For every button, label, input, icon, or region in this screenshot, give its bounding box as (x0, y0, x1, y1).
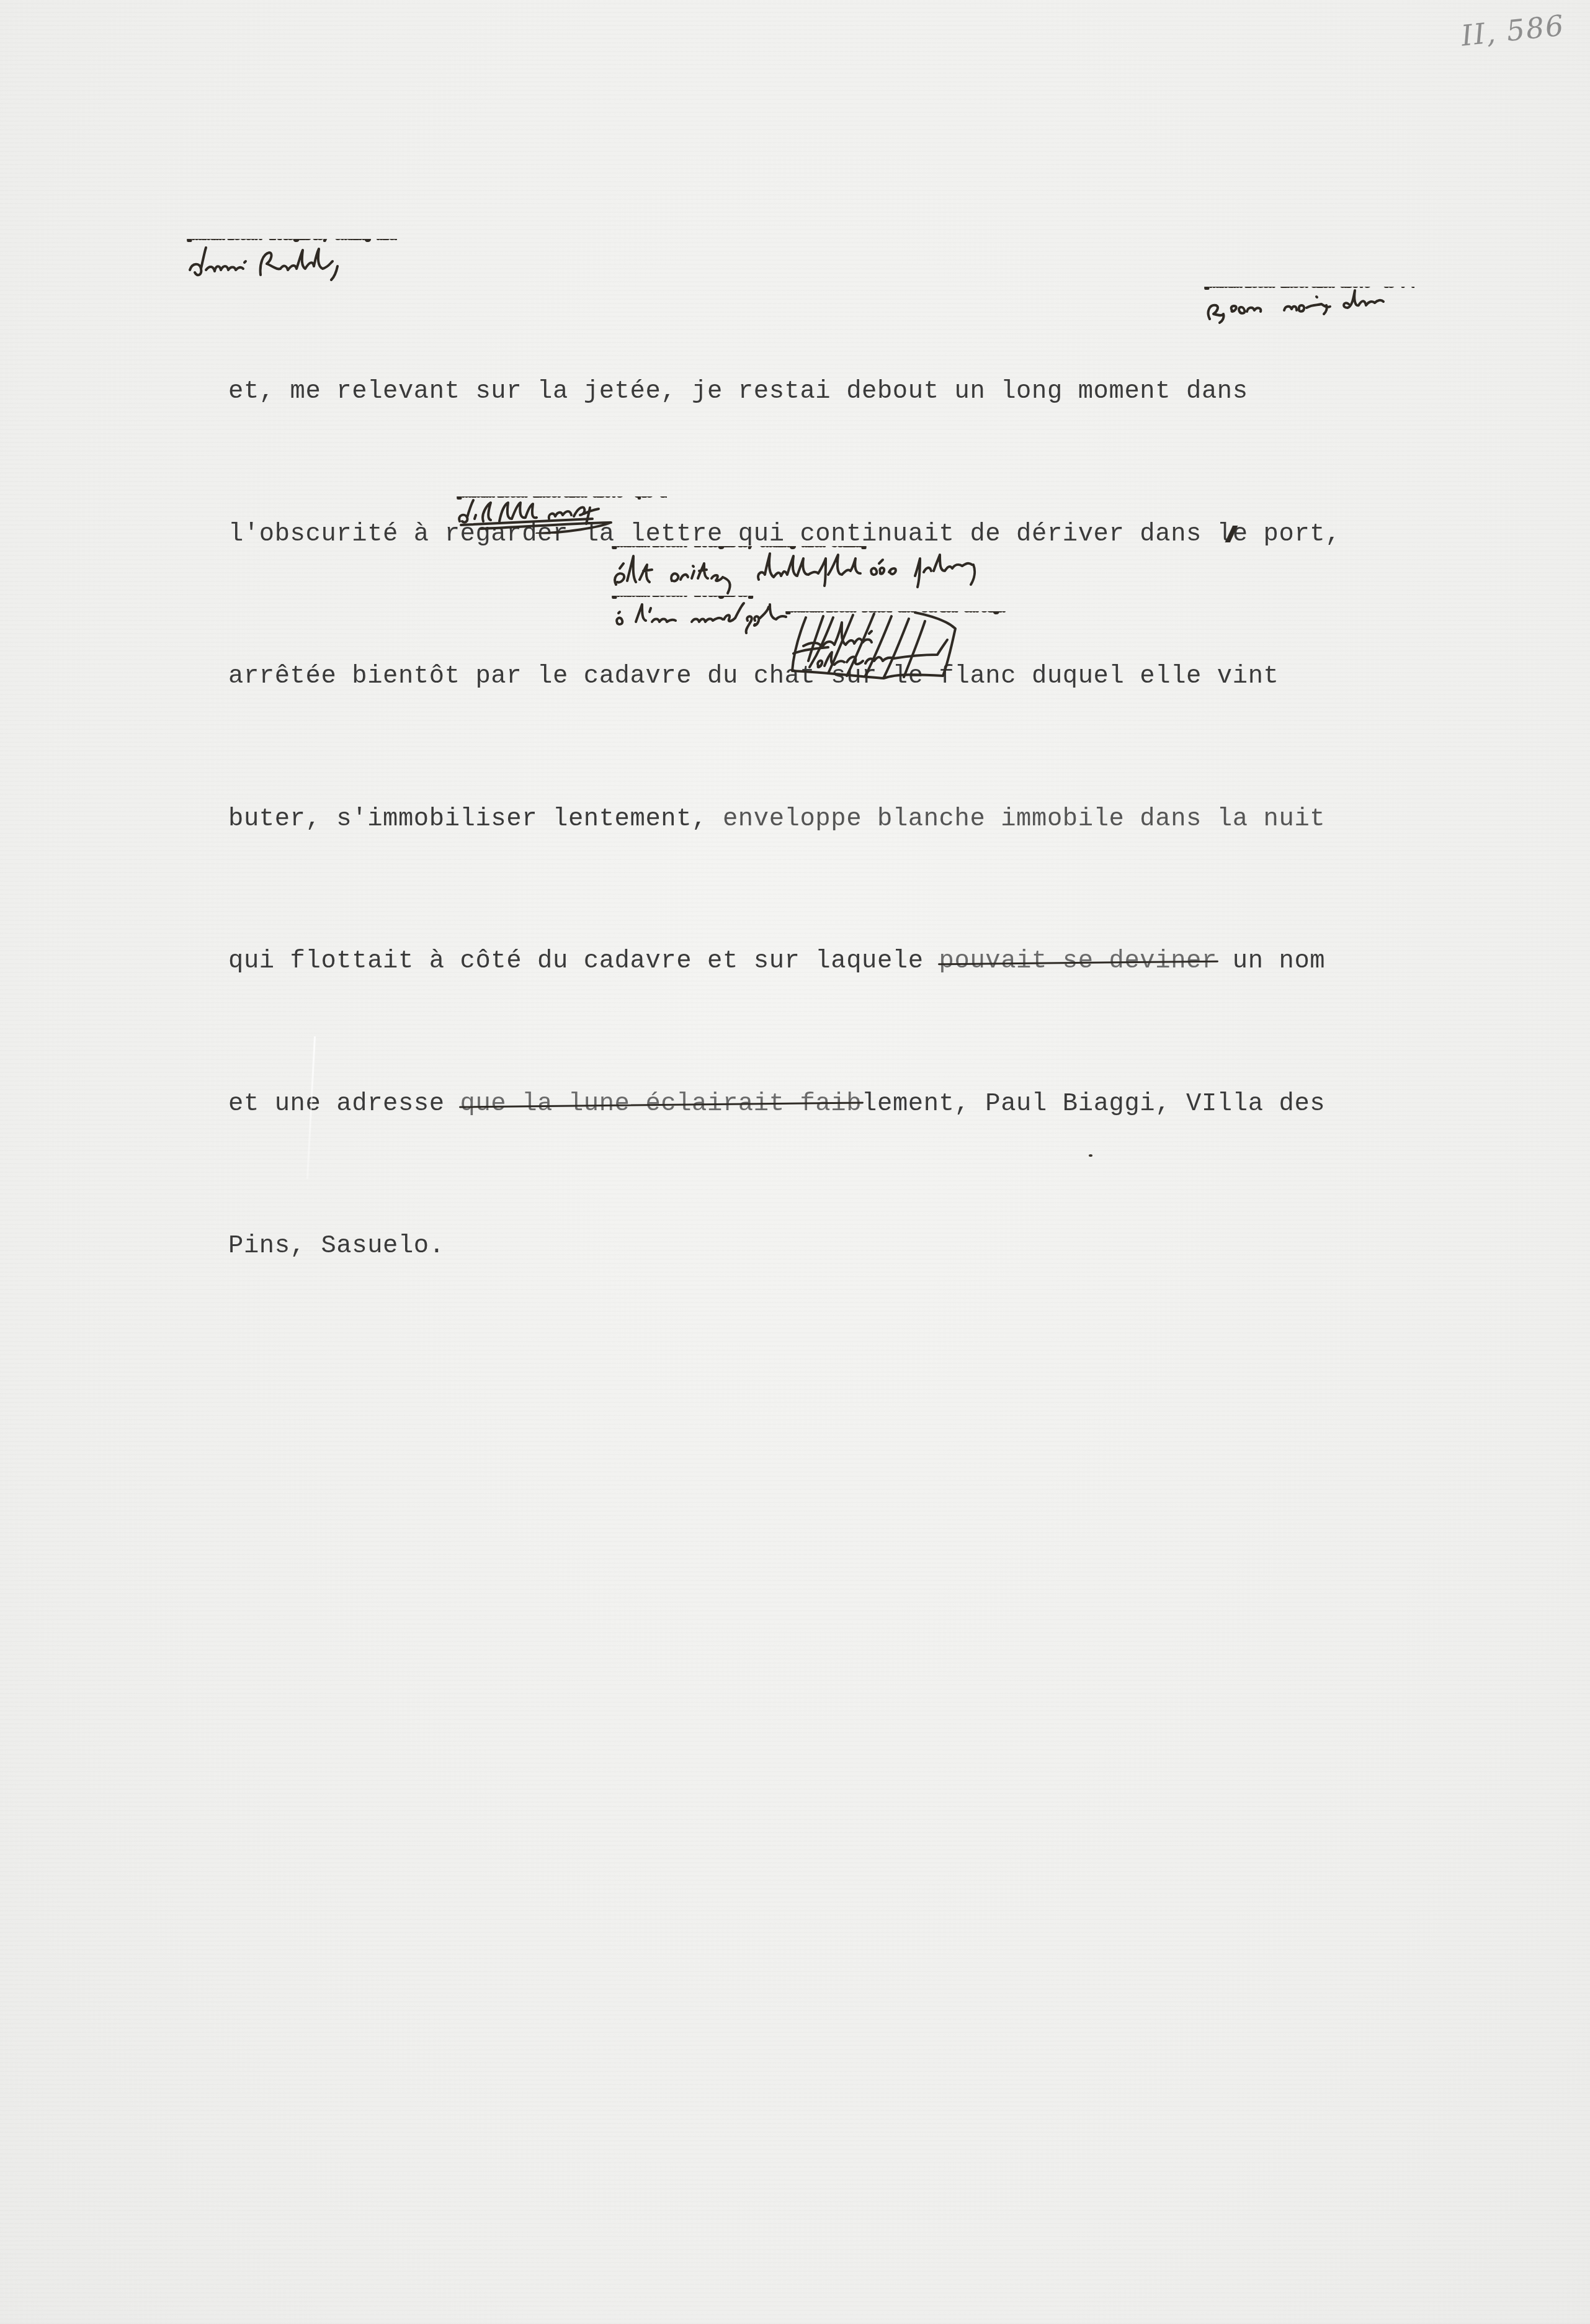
typed-line-4: buter, s'immobiliser lentement, envelopp… (228, 796, 1341, 843)
struck-text: pouvait se deviner (939, 947, 1217, 976)
margin-note-text: [handwritten: illegible, ending with com… (186, 239, 397, 242)
overstruck-word: le (1217, 520, 1248, 549)
typed-text-block: et, me relevant sur la jetée, je restai … (228, 273, 1341, 1317)
handwritten-insertion-line-6: [handwritten insertion above 'que la lun… (456, 496, 667, 534)
struck-text: que la lune éclairait faib (460, 1090, 862, 1118)
svg-text:[handwritten: illegible]: [handwritten: illegible] (611, 596, 754, 599)
typed-line-5: qui flottait à côté du cadavre et sur la… (228, 938, 1341, 985)
typed-line-7: Pins, Sasuelo. (228, 1223, 1341, 1270)
handwritten-insertion-line-2: [handwritten insertion above 'le': illeg… (1204, 287, 1414, 330)
typed-line-6: et une adresse que la lune éclairait fai… (228, 1080, 1341, 1128)
svg-text:[handwritten insertion above ': [handwritten insertion above 'que la lun… (456, 496, 667, 500)
handwritten-boxed-note: [handwritten boxed and struck-through no… (785, 611, 1008, 686)
ink-speck (1089, 1154, 1092, 1157)
typed-line-1: et, me relevant sur la jetée, je restai … (228, 368, 1341, 416)
svg-text:[handwritten boxed and struck-: [handwritten boxed and struck-through no… (785, 611, 1008, 614)
svg-text:[handwritten insertion above ': [handwritten insertion above 'le': illeg… (1204, 287, 1414, 290)
svg-text:[handwritten: illegible, endin: [handwritten: illegible, ending with com… (611, 546, 867, 549)
